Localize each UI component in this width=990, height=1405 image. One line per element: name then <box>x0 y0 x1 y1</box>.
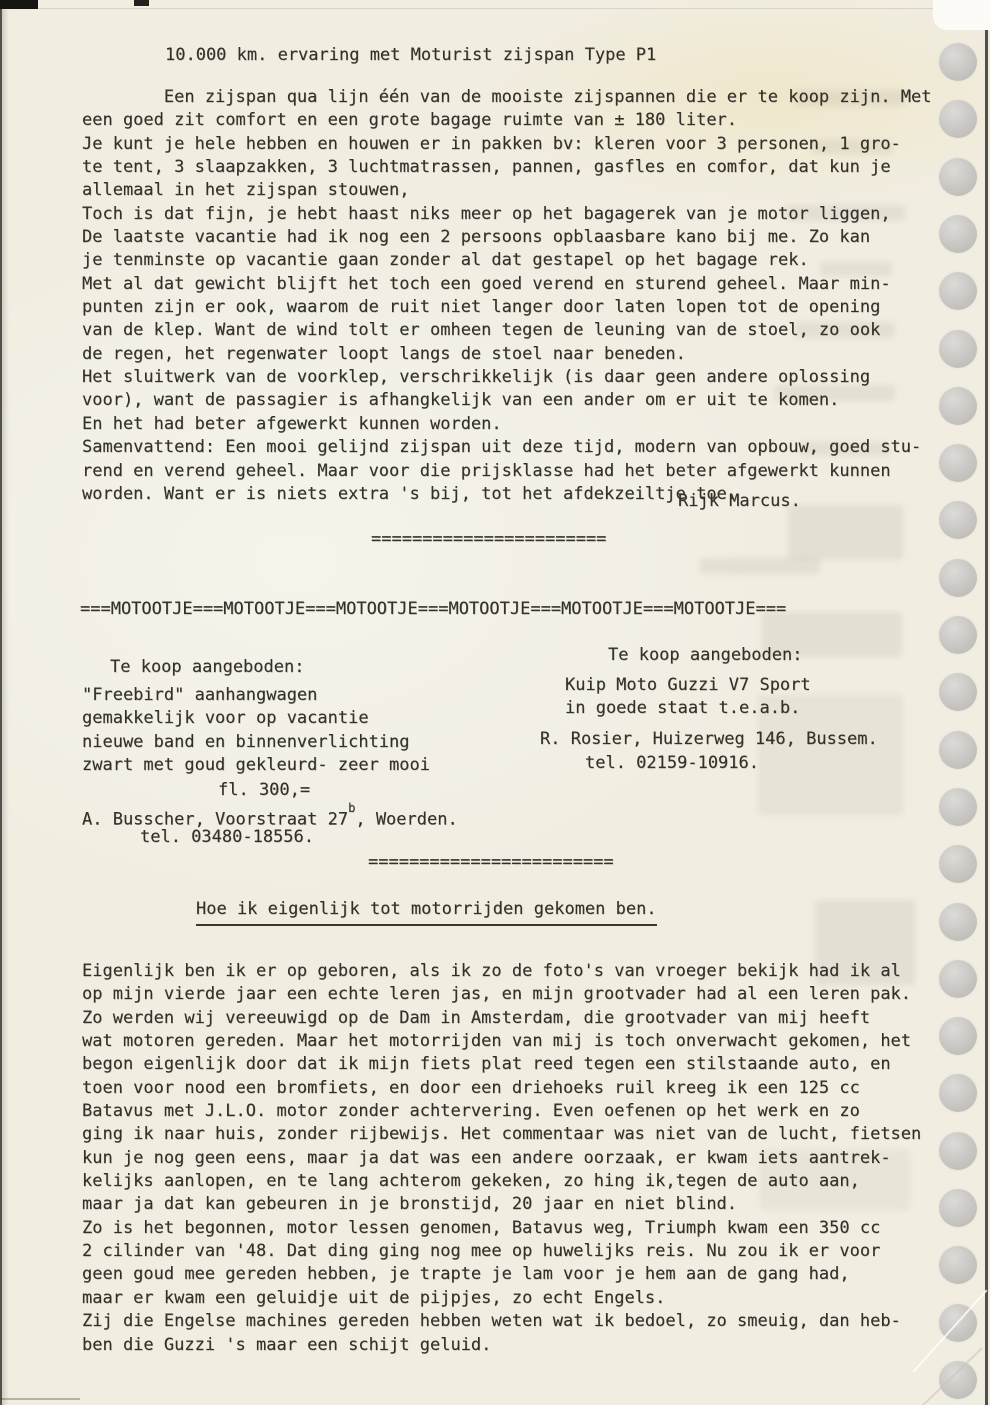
equals-divider: ======================== <box>368 851 614 874</box>
punch-hole <box>939 1189 977 1227</box>
scan-artifact-black-bar <box>0 0 38 9</box>
page-title: 10.000 km. ervaring met Moturist zijspan… <box>165 44 656 67</box>
ad-left-price: fl. 300,= <box>218 779 310 802</box>
paper-crease <box>912 1289 987 1372</box>
ad-left-heading: Te koop aangeboden: <box>110 656 304 679</box>
scan-edge-right <box>985 28 988 1405</box>
scan-corner-top-right <box>933 0 990 30</box>
punch-hole <box>939 1246 977 1284</box>
punch-hole <box>939 387 977 425</box>
punch-hole <box>939 1361 977 1399</box>
ad-left-contact-street-suffix: b <box>348 801 355 815</box>
punch-hole <box>939 43 977 81</box>
punch-hole <box>939 330 977 368</box>
story-heading: Hoe ik eigenlijk tot motorrijden gekomen… <box>196 898 657 926</box>
punch-hole <box>939 158 977 196</box>
ad-right-body: Kuip Moto Guzzi V7 Sport in goede staat … <box>565 674 811 721</box>
ad-right-heading: Te koop aangeboden: <box>608 644 802 667</box>
punch-hole <box>939 960 977 998</box>
scan-edge-top <box>0 8 990 9</box>
ad-left-phone: tel. 03480-18556. <box>140 826 314 849</box>
bleed-through-smudge <box>700 558 820 574</box>
article-sidecar-body: Een zijspan qua lijn één van de mooiste … <box>82 86 932 506</box>
punch-hole <box>939 1017 977 1055</box>
punch-hole <box>939 501 977 539</box>
punch-hole <box>939 100 977 138</box>
article-signature: Rijk Marcus. <box>678 490 801 513</box>
punch-hole <box>939 616 977 654</box>
punch-hole <box>939 731 977 769</box>
punch-hole <box>939 1132 977 1170</box>
punch-hole <box>939 215 977 253</box>
scan-edge-left-shadow <box>2 0 9 1405</box>
punch-hole <box>939 559 977 597</box>
ad-left-contact-city: , Woerden. <box>355 810 457 830</box>
punch-hole <box>939 673 977 711</box>
punch-hole <box>939 788 977 826</box>
equals-divider: ======================= <box>371 528 606 551</box>
bleed-through-smudge <box>788 505 903 560</box>
ad-left-body: "Freebird" aanhangwagen gemakkelijk voor… <box>82 684 430 777</box>
ad-right-phone: tel. 02159-10916. <box>585 752 759 775</box>
story-body: Eigenlijk ben ik er op geboren, als ik z… <box>82 960 921 1357</box>
scan-artifact-top-mark <box>134 0 149 6</box>
punch-hole <box>939 272 977 310</box>
punch-hole <box>939 1074 977 1112</box>
motootje-section-banner: ===MOTOOTJE===MOTOOTJE===MOTOOTJE===MOTO… <box>80 598 786 621</box>
ad-right-contact: R. Rosier, Huizerweg 146, Bussem. <box>540 728 878 751</box>
punch-hole <box>939 444 977 482</box>
punch-hole <box>939 845 977 883</box>
punch-hole <box>939 903 977 941</box>
scanned-newsletter-page: 10.000 km. ervaring met Moturist zijspan… <box>0 0 990 1405</box>
scan-artifact-bottom-mark <box>0 1398 80 1400</box>
